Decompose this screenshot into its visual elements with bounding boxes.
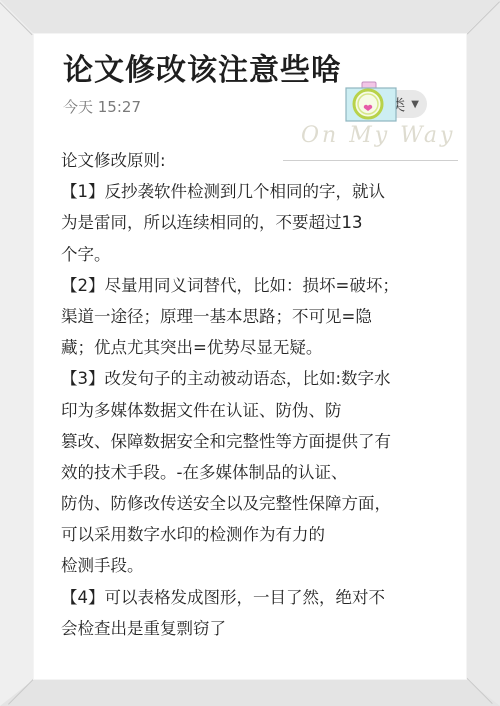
- chevron-down-icon: ▼: [411, 99, 419, 110]
- body-line: 检测手段。: [61, 550, 451, 581]
- body-line: 会检查出是重复剽窃了: [61, 613, 451, 644]
- body-line: 【4】可以表格发成图形，一目了然，绝对不: [61, 582, 451, 613]
- camera-sticker-icon: [344, 81, 398, 123]
- body-line: 藏；优点尤其突出=优势尽显无疑。: [61, 332, 451, 363]
- note-panel: 论文修改该注意些啥 今天 15:27 类 ▼ On My Way 论文修改原则:…: [33, 33, 467, 680]
- body-line: 论文修改原则:: [61, 145, 451, 176]
- body-line: 【1】反抄袭软件检测到几个相同的字，就认: [61, 176, 451, 207]
- body-line: 防伪、防修改传送安全以及完整性保障方面，: [61, 488, 451, 519]
- body-line: 【2】尽量用同义词替代，比如：损坏=破坏；: [61, 270, 451, 301]
- body-line: 个字。: [61, 239, 451, 270]
- body-line: 渠道一途径；原理一基本思路；不可见=隐: [61, 301, 451, 332]
- note-body: 论文修改原则: 【1】反抄袭软件检测到几个相同的字，就认 为是雷同，所以连续相同…: [61, 145, 451, 644]
- body-line: 篡改、保障数据安全和完整性等方面提供了有: [61, 426, 451, 457]
- body-line: 为是雷同，所以连续相同的，不要超过13: [61, 207, 451, 238]
- note-title: 论文修改该注意些啥: [63, 45, 342, 89]
- body-line: 印为多媒体数据文件在认证、防伪、防: [61, 395, 451, 426]
- body-line: 可以采用数字水印的检测作为有力的: [61, 519, 451, 550]
- note-date: 今天 15:27: [63, 96, 141, 117]
- body-line: 【3】改发句子的主动被动语态，比如:数字水: [61, 363, 451, 394]
- body-line: 效的技术手段。-在多媒体制品的认证、: [61, 457, 451, 488]
